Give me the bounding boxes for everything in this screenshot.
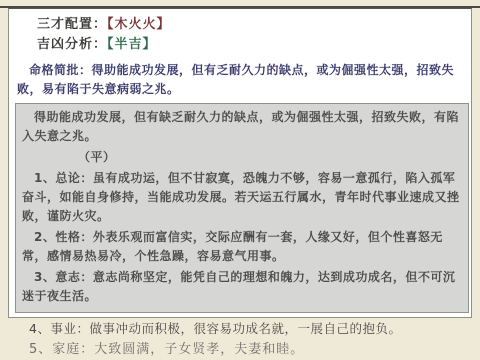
fate-summary-paragraph: 命格简批：得助能成功发展，但有乏耐久力的缺点，或为倔强性太强，招致失败，易有陷于… [17, 61, 465, 99]
rating-label: （平） [22, 148, 462, 167]
content-panel: 三才配置：【木火火】 吉凶分析：【半吉】 命格简批：得助能成功发展，但有乏耐久力… [8, 8, 472, 300]
repeat-summary-paragraph: 得助能成功发展，但有缺乏耐久力的缺点，或为倔强性太强，招致失败，有陷入失意之兆。 [22, 108, 462, 146]
analysis-gray-box: 得助能成功发展，但有缺乏耐久力的缺点，或为倔强性太强，招致失败，有陷入失意之兆。… [15, 103, 469, 300]
section-general-overview: 1、总论：虽有成功运，但不甘寂寞，恐魄力不够，容易一意孤行，陷入孤军奋斗，如能自… [22, 169, 462, 226]
jixiong-analysis-label: 吉凶分析： [37, 37, 107, 52]
sancai-config-line: 三才配置：【木火火】 [15, 15, 467, 35]
jixiong-analysis-value: 【半吉】 [107, 37, 157, 52]
sancai-config-value: 【木火火】 [107, 17, 171, 32]
section-personality: 2、性格：外表乐观而富信实，交际应酬有一套，人缘又好，但个性喜怒无常，感情易热易… [22, 228, 462, 266]
section-willpower: 3、意志：意志尚称坚定，能凭自己的理想和魄力，达到成功成名，但不可沉迷于夜生活。 [22, 268, 462, 300]
sancai-config-label: 三才配置： [37, 17, 107, 32]
jixiong-analysis-line: 吉凶分析：【半吉】 [15, 35, 467, 55]
